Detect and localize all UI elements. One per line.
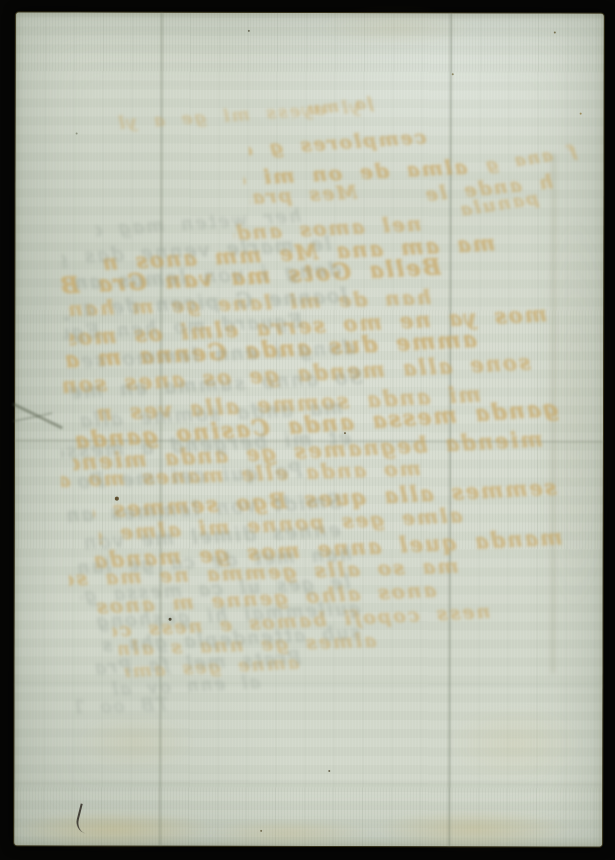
paper-speck (580, 113, 582, 115)
stain-layer (16, 12, 604, 13)
fold-layer (16, 12, 604, 13)
manuscript-page: ja mu y ja mu y ja mu y ja mu y yl eyess… (14, 12, 604, 846)
ink-bleedthrough-layer: ja mu y ja mu y ja mu y ja mu y yl eyess… (16, 12, 604, 13)
paper-speck (169, 618, 172, 621)
paper-speck (452, 73, 454, 75)
paper-speck (554, 32, 556, 34)
fold-line (14, 781, 602, 784)
paper-speck (248, 30, 250, 32)
paper-speck (328, 770, 330, 772)
paper-speck (260, 830, 262, 832)
paper-stain (444, 703, 584, 783)
speck-layer (16, 12, 604, 13)
paper-speck (115, 497, 119, 501)
handwriting-line: TB oo TB oo TB oo TB oo (76, 693, 169, 725)
manuscript-scan: ja mu y ja mu y ja mu y ja mu y yl eyess… (0, 0, 615, 860)
graphite-writing-layer: her weten mag de her weten mag de her we… (16, 12, 604, 13)
paper-speck (76, 133, 78, 135)
paper-stain (374, 809, 574, 849)
paper-stain (204, 819, 374, 847)
paper-stain (9, 810, 219, 848)
paper-speck (344, 432, 346, 434)
